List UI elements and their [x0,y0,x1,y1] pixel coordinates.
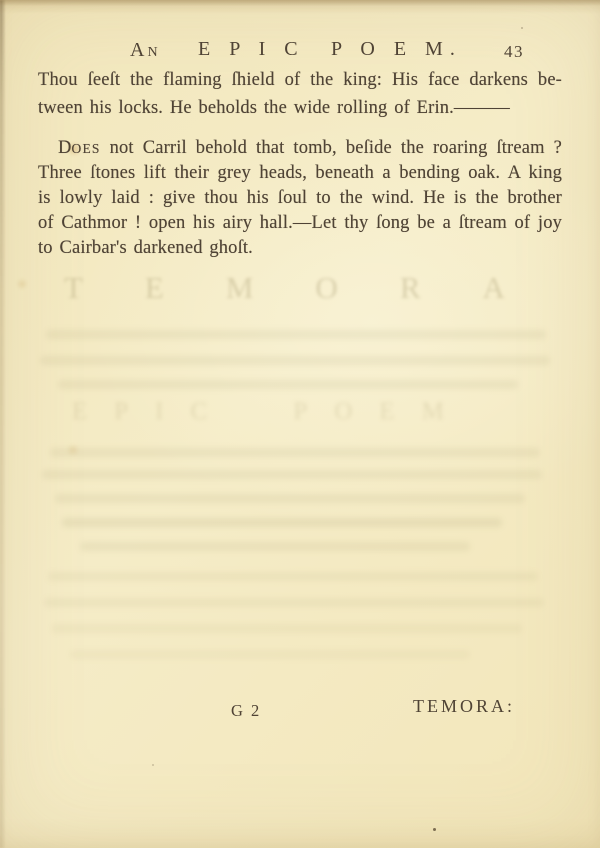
text-line: tween his locks. He beholds the wide rol… [38,94,562,122]
running-header: AN E P I C P O E M. 43 [0,38,600,64]
header-word-an: AN [130,39,160,62]
bleedthrough-smudge [52,624,522,633]
bleedthrough-smudge [70,650,470,659]
bleedthrough-smudge [58,380,518,389]
bleedthrough-smudge [46,330,546,339]
page-number: 43 [504,42,524,62]
ink-speck [521,27,523,29]
age-spot [16,278,28,290]
text-line: to Cairbar's darkened ghoſt. [38,236,562,261]
text-line: DOES not Carril behold that tomb, beſide… [38,136,562,161]
bleedthrough-title: TEMORA [64,270,534,306]
catchword: TEMORA: [413,696,515,717]
line-rest: not Carril behold that tomb, beſide the … [101,138,562,158]
age-spot [66,444,80,456]
bleedthrough-smudge [50,448,540,457]
ink-speck [433,828,436,831]
signature-mark: G 2 [231,701,261,721]
does-smallcaps: OES [72,141,101,156]
text-line: of Cathmor ! open his airy hall.—Let thy… [38,211,562,236]
paragraph-1: Thou ſeeſt the flaming ſhield of the kin… [38,66,562,122]
text-line: Three ſtones lift their grey heads, bene… [38,161,562,186]
book-page: TEMORA EPIC POEM AN E P I C P O E M. 43 … [0,0,600,848]
does-capital: D [58,138,72,158]
page-top-shadow [0,0,600,6]
text-line: Thou ſeeſt the flaming ſhield of the kin… [38,66,562,94]
ink-speck [152,764,154,766]
paragraph-2: DOES not Carril behold that tomb, beſide… [38,136,562,261]
bleedthrough-smudge [62,518,502,527]
header-an-capital: A [130,39,144,61]
binding-edge-shadow [0,0,6,848]
body-text: Thou ſeeſt the flaming ſhield of the kin… [38,66,562,261]
header-word-poem: P O E M. [331,38,462,61]
header-word-epic: E P I C [198,38,305,61]
text-line: is lowly laid : give thou his ſoul to th… [38,186,562,211]
bleedthrough-subtitle: EPIC POEM [72,398,512,426]
bleedthrough-smudge [55,494,525,503]
bleedthrough-smudge [42,470,542,479]
bleedthrough-smudge [44,598,544,607]
bleedthrough-smudge [80,542,470,551]
bleedthrough-smudge [48,572,538,581]
bleedthrough-smudge [40,356,550,365]
header-an-smallcap: N [147,45,159,60]
